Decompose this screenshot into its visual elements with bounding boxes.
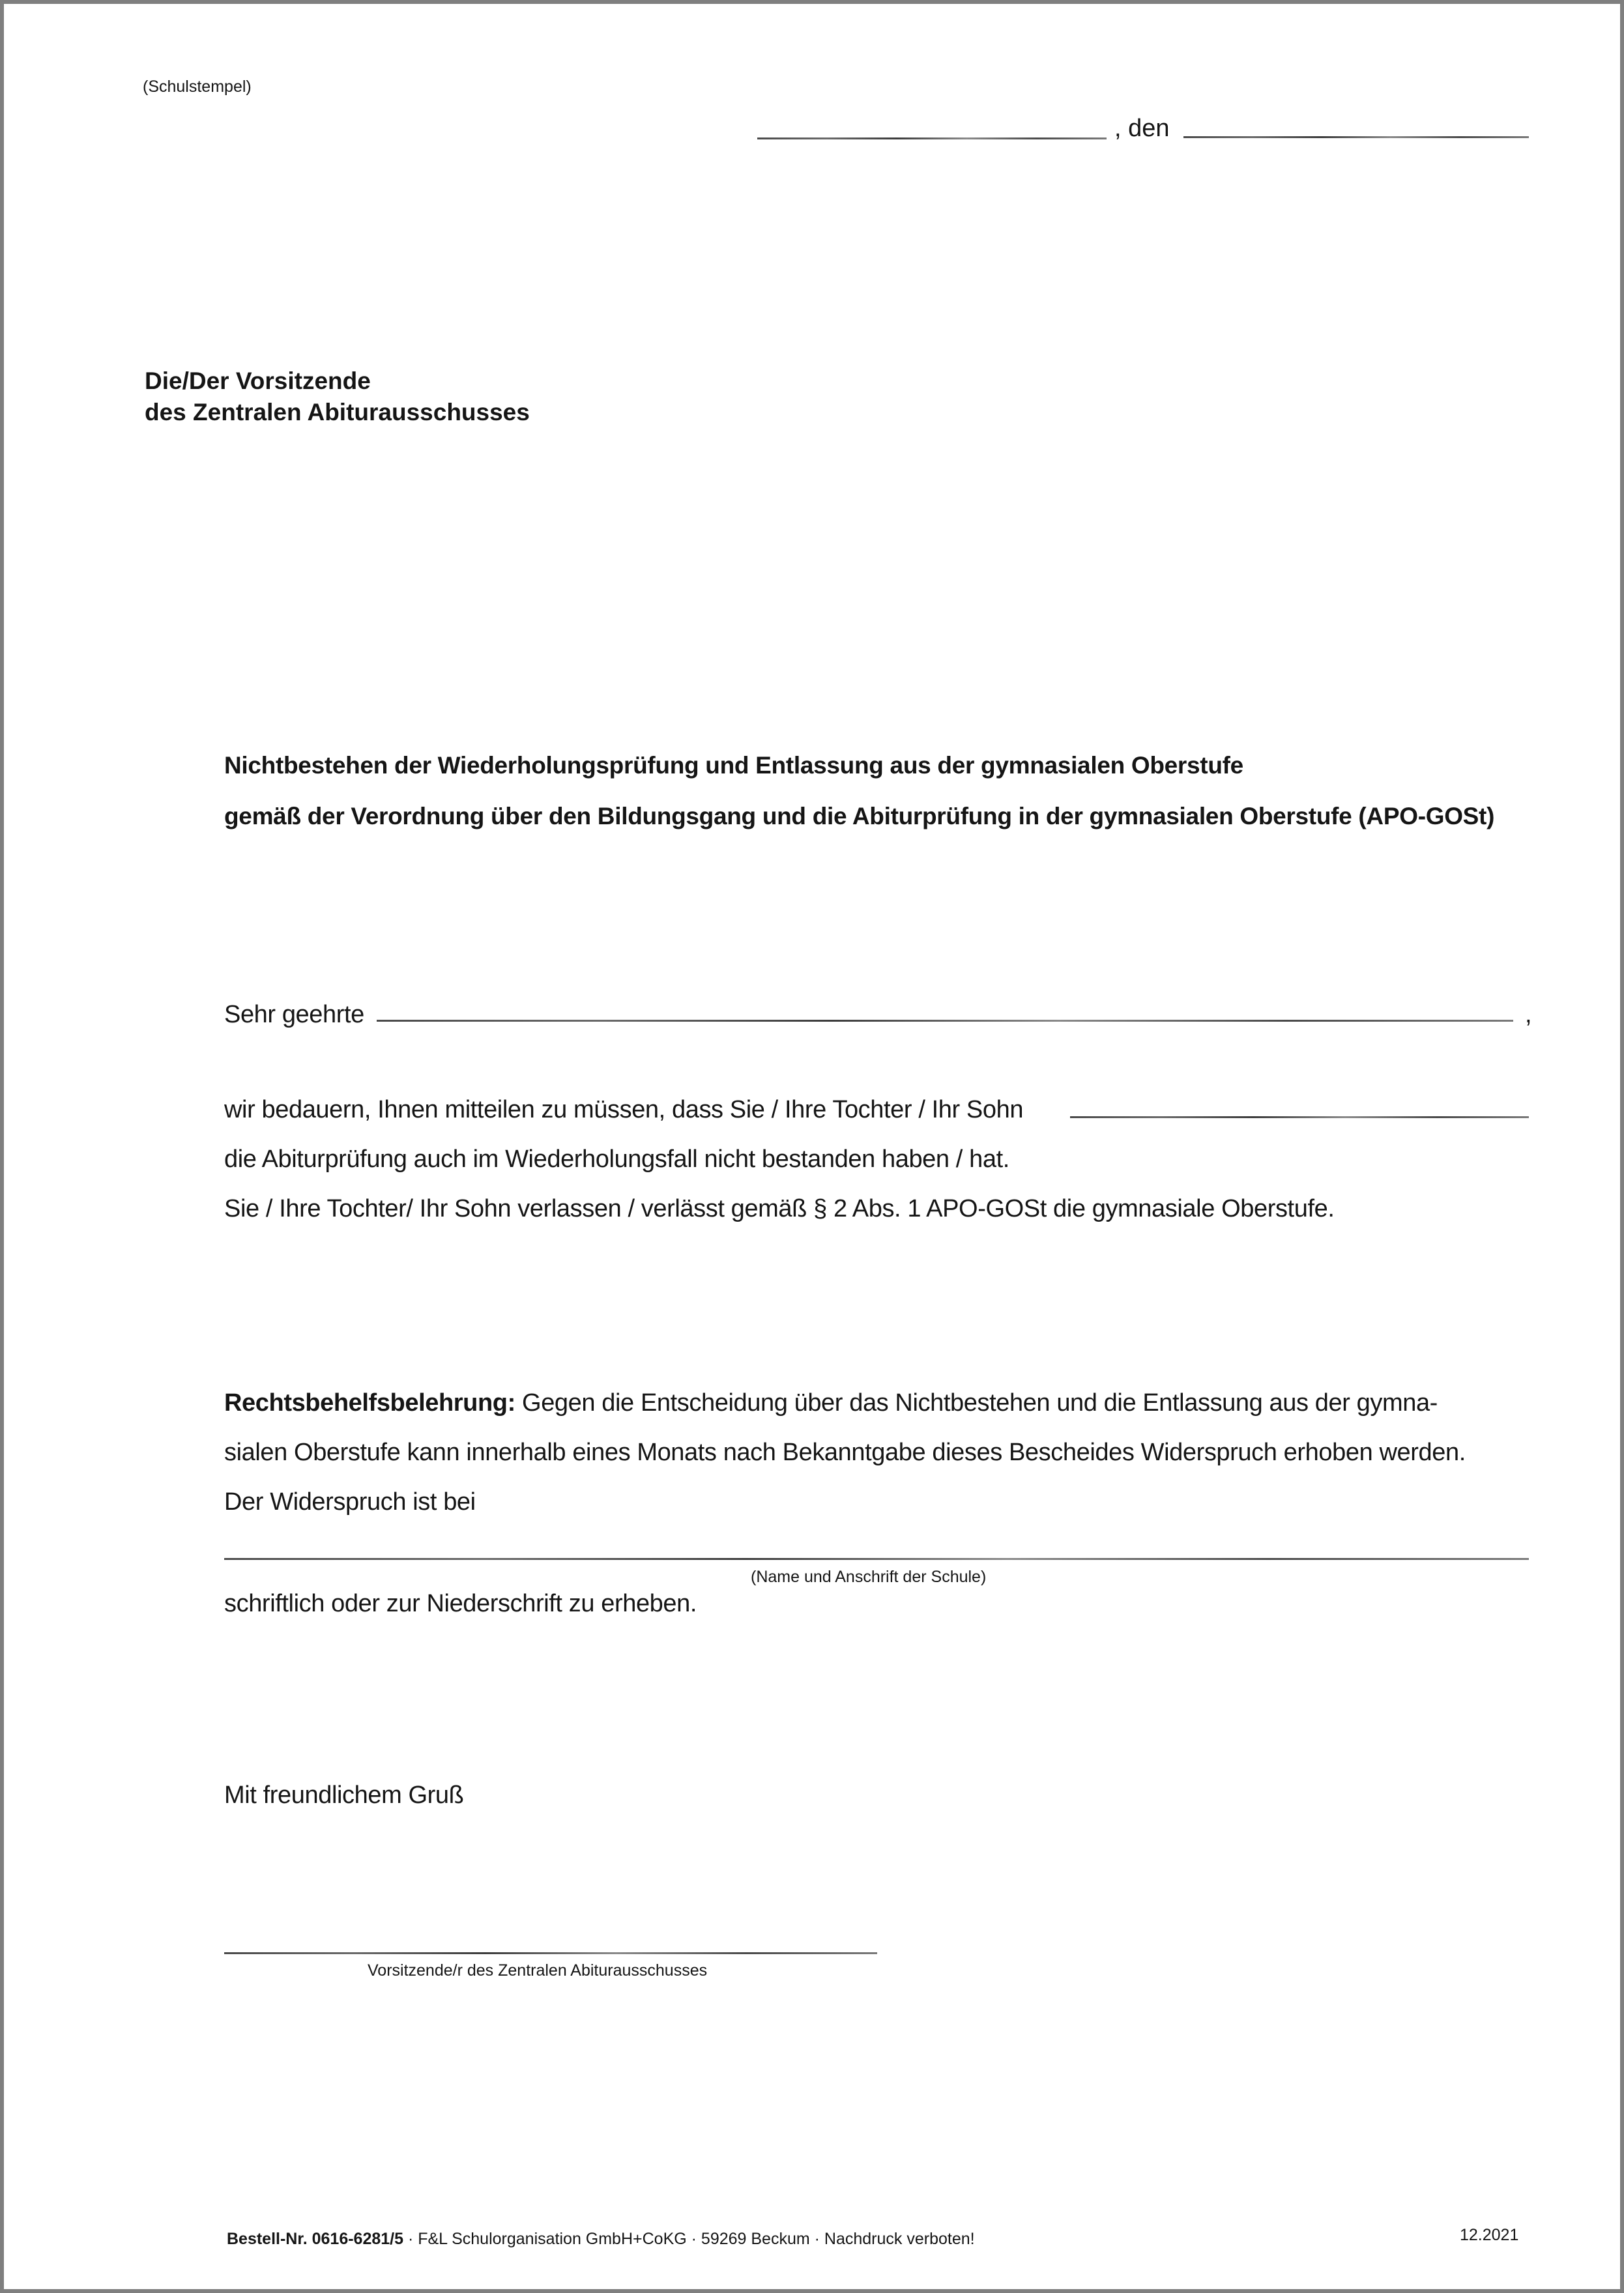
- school-address-caption: (Name und Anschrift der Schule): [751, 1568, 986, 1587]
- sender-line-1: Die/Der Vorsitzende: [145, 366, 530, 397]
- salutation-comma: ,: [1525, 1001, 1531, 1029]
- school-stamp-label: (Schulstempel): [143, 78, 252, 96]
- student-name-field[interactable]: [1070, 1116, 1529, 1118]
- legal-notice-line-1-text: Gegen die Entscheidung über das Nichtbes…: [515, 1389, 1438, 1417]
- notice-line-3: Sie / Ihre Tochter/ Ihr Sohn verlassen /…: [224, 1195, 1335, 1223]
- publisher-text: · F&L Schulorganisation GmbH+CoKG · 5926…: [403, 2230, 975, 2248]
- date-field[interactable]: [1183, 136, 1529, 138]
- signature-caption: Vorsitzende/r des Zentralen Abituraussch…: [368, 1961, 707, 1980]
- school-address-field[interactable]: [224, 1558, 1529, 1560]
- document-page: (Schulstempel) , den Die/Der Vorsitzende…: [4, 4, 1620, 2289]
- recipient-name-field[interactable]: [377, 1020, 1513, 1022]
- subject-line-1: Nichtbestehen der Wiederholungsprüfung u…: [224, 752, 1243, 779]
- subject-line-2: gemäß der Verordnung über den Bildungsga…: [224, 803, 1494, 830]
- signature-field[interactable]: [224, 1952, 877, 1954]
- sender-block: Die/Der Vorsitzende des Zentralen Abitur…: [145, 366, 530, 428]
- footer-publisher-info: Bestell-Nr. 0616-6281/5 · F&L Schulorgan…: [227, 2230, 975, 2249]
- notice-line-1: wir bedauern, Ihnen mitteilen zu müssen,…: [224, 1096, 1023, 1124]
- place-field[interactable]: [757, 137, 1107, 139]
- legal-notice-line-3: Der Widerspruch ist bei: [224, 1488, 476, 1516]
- salutation-prefix: Sehr geehrte: [224, 1001, 364, 1029]
- legal-notice-line-1: Rechtsbehelfsbelehrung: Gegen die Entsch…: [224, 1389, 1438, 1417]
- form-version: 12.2021: [1460, 2226, 1518, 2245]
- notice-line-2: die Abiturprüfung auch im Wiederholungsf…: [224, 1146, 1009, 1174]
- legal-notice-heading: Rechtsbehelfsbelehrung:: [224, 1389, 515, 1417]
- sender-line-2: des Zentralen Abiturausschusses: [145, 397, 530, 428]
- closing-greeting: Mit freundlichem Gruß: [224, 1781, 463, 1810]
- place-date-separator: , den: [1114, 115, 1170, 143]
- legal-notice-line-4: schriftlich oder zur Niederschrift zu er…: [224, 1590, 697, 1618]
- order-number: Bestell-Nr. 0616-6281/5: [227, 2230, 403, 2248]
- legal-notice-line-2: sialen Oberstufe kann innerhalb eines Mo…: [224, 1439, 1466, 1467]
